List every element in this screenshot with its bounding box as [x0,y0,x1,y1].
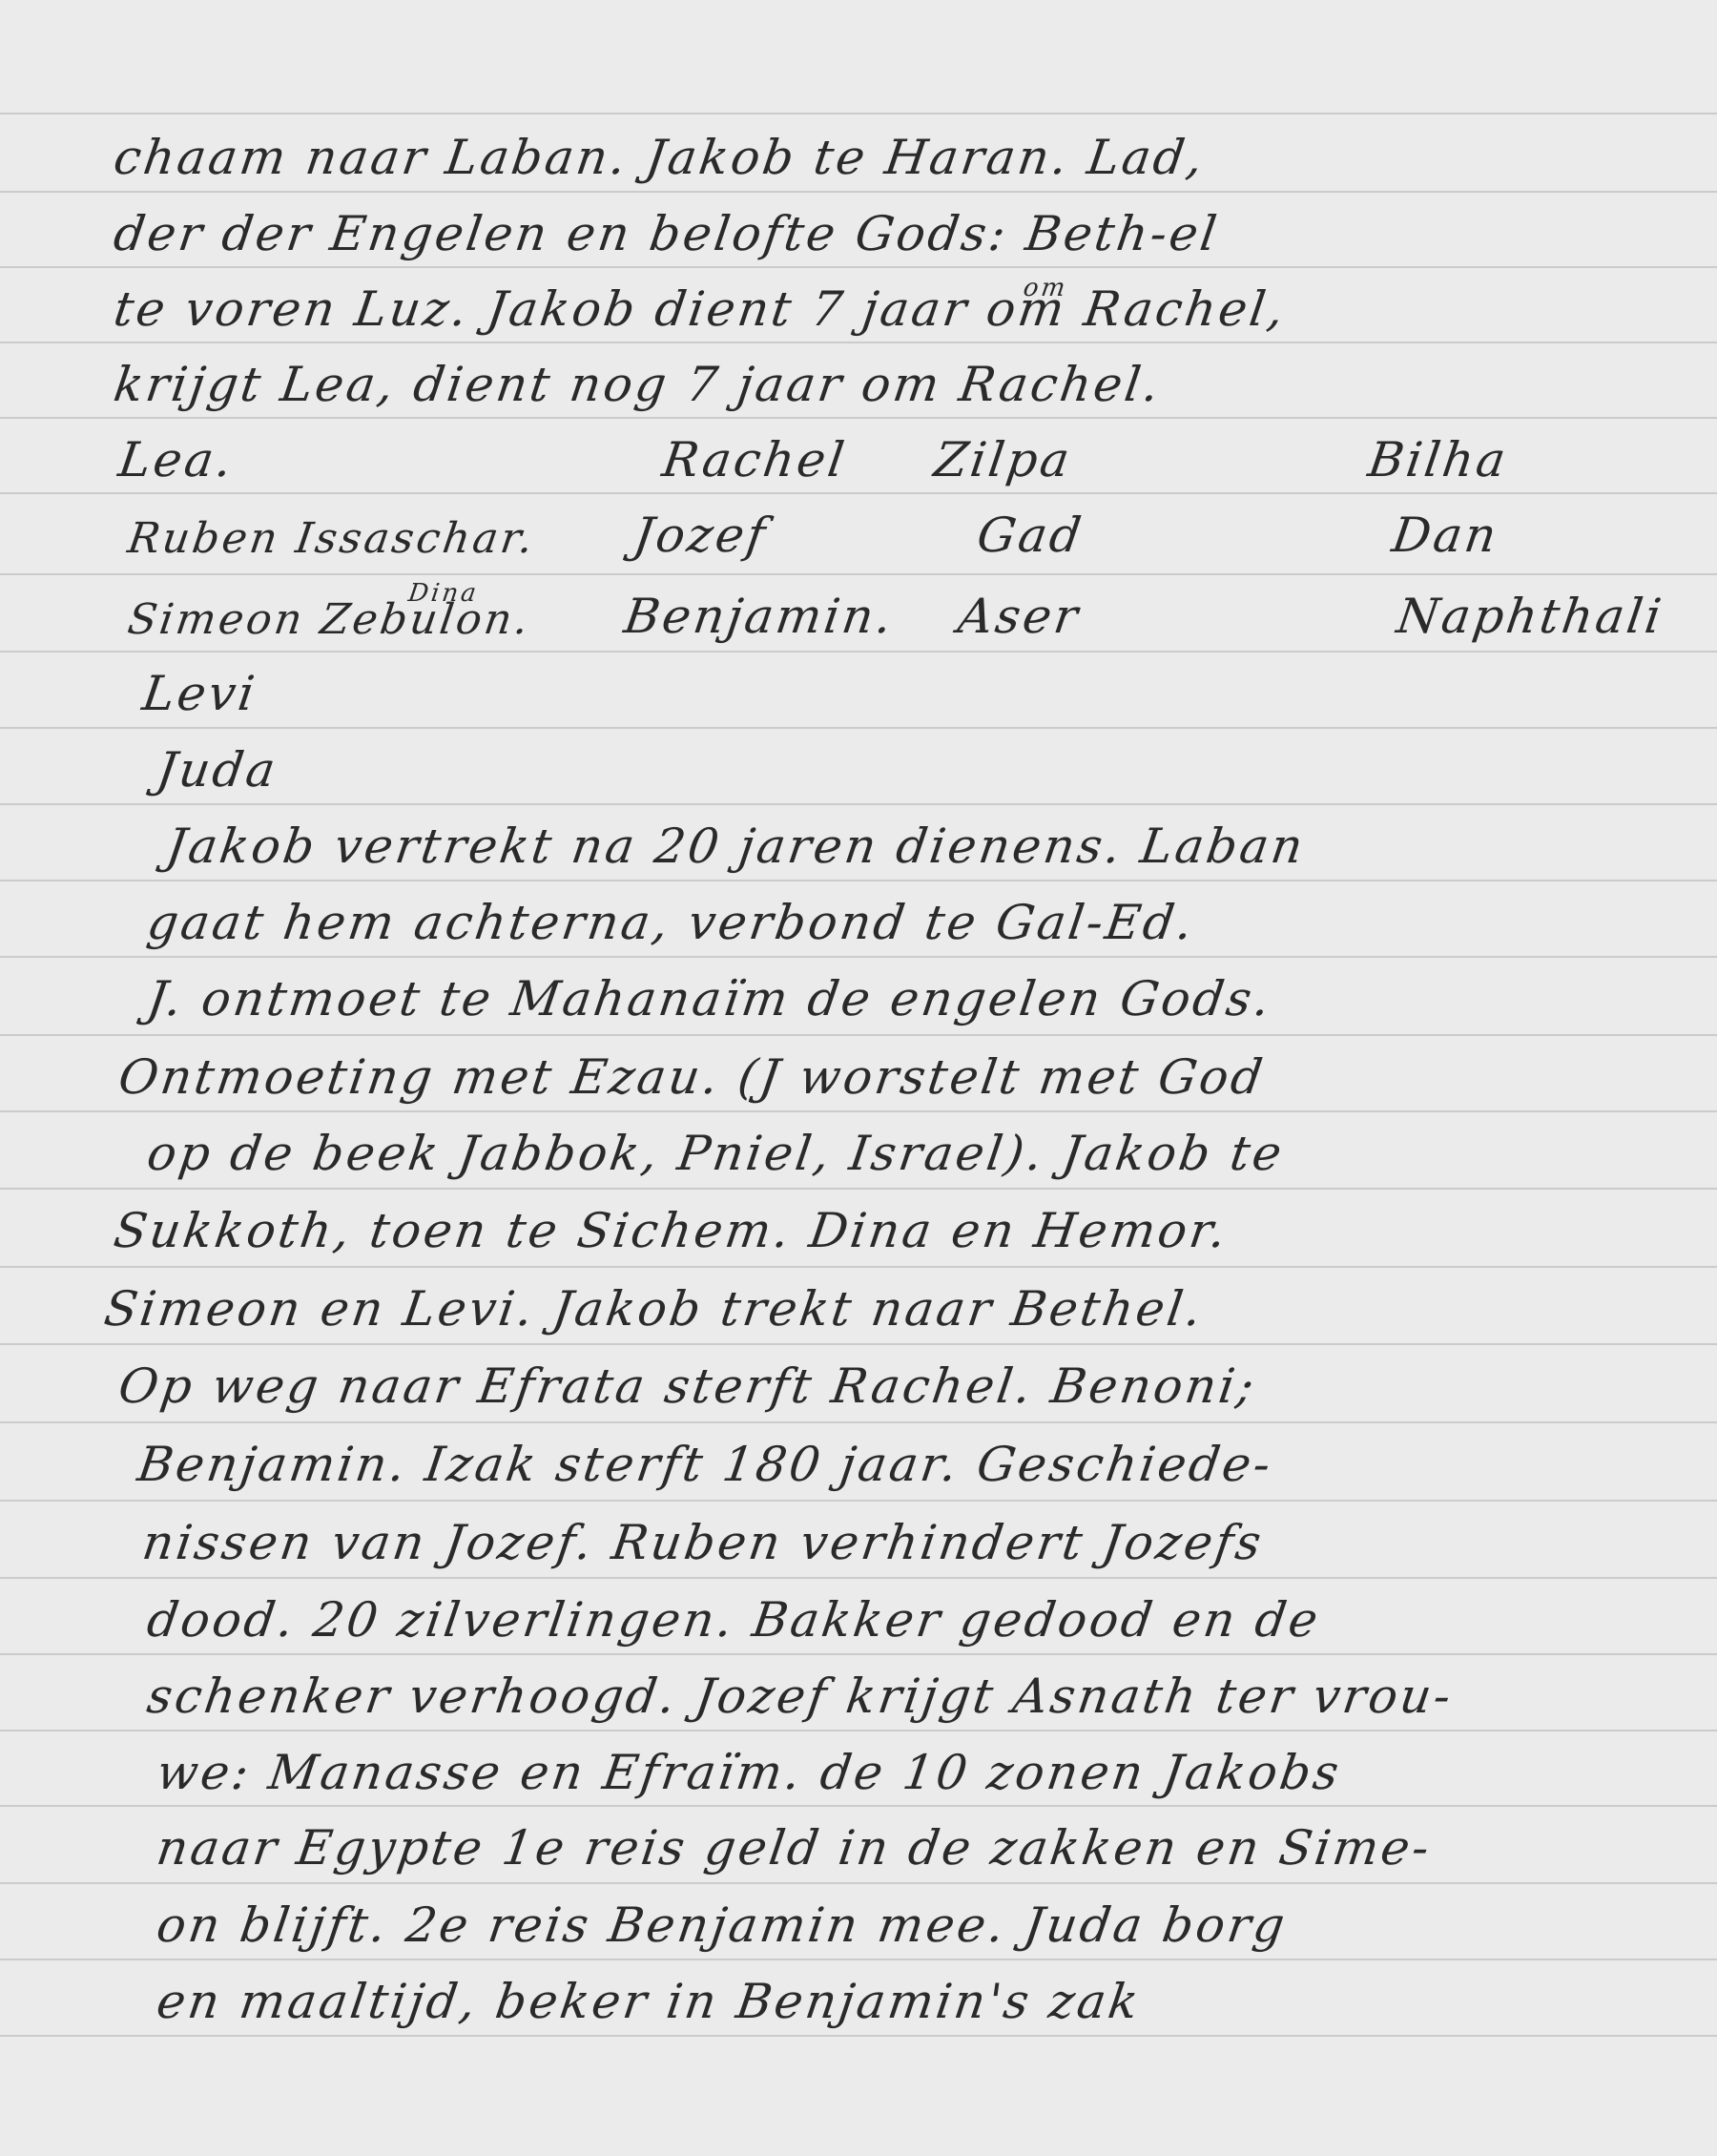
text-line: naar Egypte 1e reis geld in de zakken en… [0,1805,1717,1881]
text-line: krijgt Lea, dient nog 7 jaar om Rachel. [0,342,1717,418]
text-line: chaam naar Laban. Jakob te Haran. Lad, [0,114,1717,191]
text-line: on blijft. 2e reis Benjamin mee. Juda bo… [0,1882,1717,1959]
text-line: Benjamin. Izak sterft 180 jaar. Geschied… [0,1421,1717,1498]
text-line: gaat hem achterna, verbond te Gal-Ed. [0,880,1717,956]
header-lea: Lea. [115,432,238,487]
text-line: Jakob vertrekt na 20 jaren dienens. Laba… [0,803,1717,880]
text-line: Ontmoeting met Ezau. (J worstelt met God [0,1034,1717,1110]
text-line: der der Engelen en belofte Gods: Beth-el [0,191,1717,267]
table-row: Levi [0,651,1717,727]
text-line: we: Manasse en Efraïm. de 10 zonen Jakob… [0,1730,1717,1806]
text-line: dood. 20 zilverlingen. Bakker gedood en … [0,1577,1717,1653]
text-line: op de beek Jabbok, Pniel, Israel). Jakob… [0,1110,1717,1187]
table-header-row: Lea. Rachel Zilpa Bilha [0,417,1717,493]
text-line: Op weg naar Efrata sterft Rachel. Benoni… [0,1343,1717,1420]
superscript-note: om [1022,274,1070,302]
table-row: Dina Simeon Zebulon. Benjamin. Aser Naph… [0,573,1717,650]
text-line: J. ontmoet te Mahanaïm de engelen Gods. [0,956,1717,1032]
text-line: te voren Luz. Jakob dient 7 jaar om Rach… [0,266,1717,342]
text-line: schenker verhoogd. Jozef krijgt Asnath t… [0,1653,1717,1730]
header-rachel: Rachel [659,432,851,487]
text-line: Sukkoth, toen te Sichem. Dina en Hemor. [0,1188,1717,1264]
header-zilpa: Zilpa [931,432,1076,487]
table-row: Juda [0,727,1717,803]
table-row: Ruben Issaschar. Jozef Gad Dan [0,492,1717,569]
text-line: nissen van Jozef. Ruben verhindert Jozef… [0,1500,1717,1576]
text-line: en maaltijd, beker in Benjamin's zak [0,1959,1717,2035]
text-line: Simeon en Levi. Jakob trekt naar Bethel. [0,1266,1717,1342]
header-bilha: Bilha [1365,432,1512,487]
ruled-line [0,2035,1717,2037]
notebook-page: chaam naar Laban. Jakob te Haran. Lad, d… [0,0,1717,2156]
